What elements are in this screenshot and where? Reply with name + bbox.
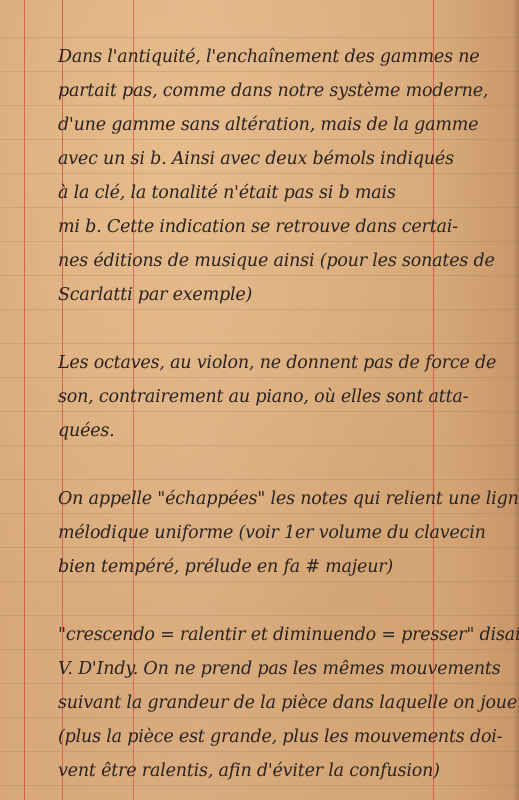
notebook-page: Dans l'antiquité, l'enchaînement des gam… [0, 0, 519, 800]
text-line: quées. [58, 414, 513, 448]
text-line: (plus la pièce est grande, plus les mouv… [58, 720, 513, 754]
paragraph-echappees: On appelle "échappées" les notes qui rel… [58, 482, 513, 584]
paragraph-gap [58, 312, 513, 346]
text-line: nes éditions de musique ainsi (pour les … [58, 244, 513, 278]
text-line: son, contrairement au piano, où elles so… [58, 380, 513, 414]
margin-line-1 [24, 0, 25, 800]
text-line: suivant la grandeur de la pièce dans laq… [58, 686, 513, 720]
text-line: à la clé, la tonalité n'était pas si b m… [58, 176, 513, 210]
handwritten-text: Dans l'antiquité, l'enchaînement des gam… [58, 40, 513, 788]
paragraph-antiquity: Dans l'antiquité, l'enchaînement des gam… [58, 40, 513, 312]
paragraph-gap [58, 448, 513, 482]
text-line: Dans l'antiquité, l'enchaînement des gam… [58, 40, 513, 74]
text-line: avec un si b. Ainsi avec deux bémols ind… [58, 142, 513, 176]
paragraph-octaves: Les octaves, au violon, ne donnent pas d… [58, 346, 513, 448]
text-line: On appelle "échappées" les notes qui rel… [58, 482, 513, 516]
text-line: "crescendo = ralentir et diminuendo = pr… [58, 618, 513, 652]
text-line: Les octaves, au violon, ne donnent pas d… [58, 346, 513, 380]
text-line: Scarlatti par exemple) [58, 278, 513, 312]
page-edge-shadow [513, 0, 519, 800]
text-line: V. D'Indy. On ne prend pas les mêmes mou… [58, 652, 513, 686]
paragraph-gap [58, 584, 513, 618]
text-line: partait pas, comme dans notre système mo… [58, 74, 513, 108]
paragraph-crescendo: "crescendo = ralentir et diminuendo = pr… [58, 618, 513, 788]
text-line: mélodique uniforme (voir 1er volume du c… [58, 516, 513, 550]
text-line: d'une gamme sans altération, mais de la … [58, 108, 513, 142]
text-line: bien tempéré, prélude en fa # majeur) [58, 550, 513, 584]
text-line: vent être ralentis, afin d'éviter la con… [58, 754, 513, 788]
text-line: mi b. Cette indication se retrouve dans … [58, 210, 513, 244]
